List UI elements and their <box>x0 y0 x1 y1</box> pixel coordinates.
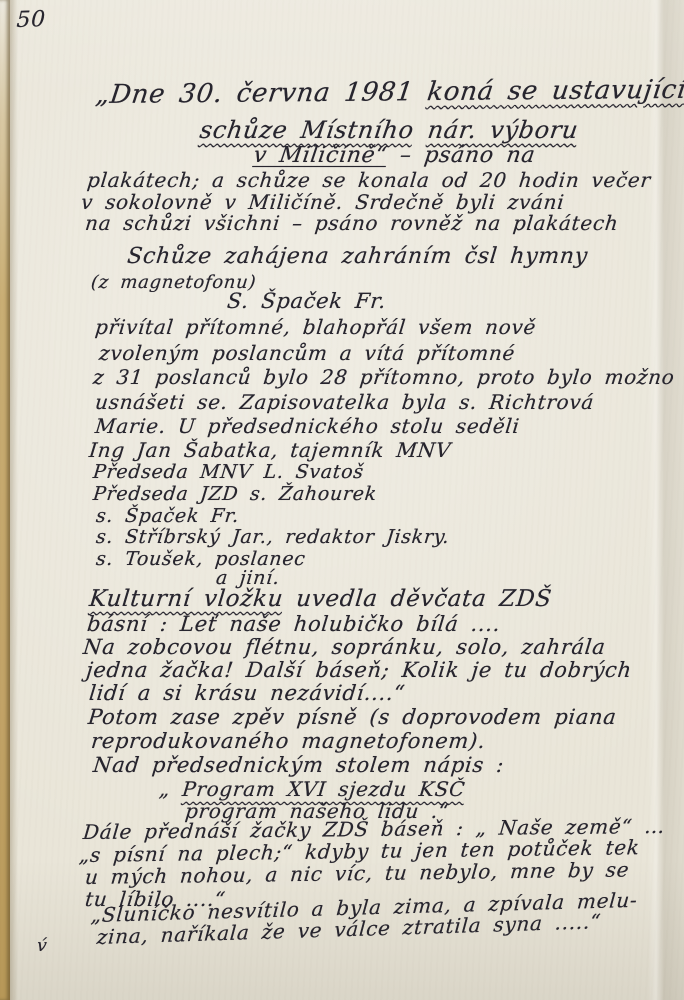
heading-schuze-zahajena: Schůze zahájena zahráním čsl hymny <box>126 244 589 269</box>
title-line-1-underlined: koná se ustavující <box>425 75 684 107</box>
body-line: Marie. U předsednického stolu seděli <box>94 414 521 438</box>
page-crease <box>648 0 684 1000</box>
list-line: s. Špaček Fr. <box>95 505 240 527</box>
chronicle-page: 50 „Dne 30. června 1981 koná se ustavují… <box>0 0 684 1000</box>
title-line-3: v Miličíně“ – psáno na <box>252 143 537 168</box>
margin-check-mark: v́ <box>36 936 48 956</box>
heading-kulturni-vlozka: Kulturní vložku uvedla děvčata ZDŠ <box>88 586 553 612</box>
title-line-2: schůze Místníhonár. výboru <box>198 116 580 144</box>
body-line: lidí a si krásu nezávidí....“ <box>88 681 406 705</box>
list-line: s. Stříbrský Jar., redaktor Jiskry. <box>95 526 451 548</box>
body-line: Na zobcovou flétnu, sopránku, solo, zahr… <box>82 635 607 659</box>
body-line: přivítal přítomné, blahopřál všem nově <box>94 315 537 339</box>
body-line: jedna žačka! Další báseň; Kolik je tu do… <box>85 658 633 682</box>
program-open-quote: „ <box>158 777 184 801</box>
heading-kulturni-underlined: Kulturní vložku <box>88 586 285 612</box>
body-line: zvoleným poslancům a vítá přítomné <box>98 341 516 365</box>
body-line: Nad předsednickým stolem nápis : <box>92 753 505 777</box>
body-line: usnášeti se. Zapisovatelka byla s. Richt… <box>94 390 595 414</box>
body-line: Potom zase zpěv písně (s doprovodem pian… <box>87 705 618 729</box>
program-underlined: Program XVI sjezdu KSČ <box>181 777 466 801</box>
title-line-1: „Dne 30. června 1981 koná se ustavující <box>94 75 684 110</box>
heading-kulturni-rest: uvedla děvčata ZDŠ <box>282 586 553 612</box>
book-binding-edge <box>0 0 10 1000</box>
page-number: 50 <box>16 7 46 33</box>
speaker-name: S. Špaček Fr. <box>226 289 388 313</box>
binding-shadow <box>10 0 18 1000</box>
list-line: Předseda JZD s. Žahourek <box>92 483 378 505</box>
title-line-1-text: „Dne 30. června 1981 <box>94 77 429 110</box>
body-line: reprodukovaného magnetofonem). <box>90 729 487 753</box>
list-line: Předseda MNV L. Svatoš <box>92 461 365 483</box>
list-line: Ing Jan Šabatka, tajemník MNV <box>88 438 452 462</box>
body-line: z 31 poslanců bylo 28 přítomno, proto by… <box>92 365 676 389</box>
title-line-2-underlined-a: schůze Místního <box>198 116 416 144</box>
title-line-3-rest: – psáno na <box>386 143 537 168</box>
body-line: básní : Leť naše holubičko bílá .... <box>86 612 502 636</box>
program-line-1: „ Program XVI sjezdu KSČ <box>158 777 466 801</box>
title-line-2-underlined-b: nár. výboru <box>426 116 580 144</box>
para-line: na schůzi všichni – psáno rovněž na plak… <box>84 211 620 235</box>
para-line: plakátech; a schůze se konala od 20 hodi… <box>86 168 652 192</box>
title-line-3-underlined: v Miličíně“ <box>252 143 389 168</box>
